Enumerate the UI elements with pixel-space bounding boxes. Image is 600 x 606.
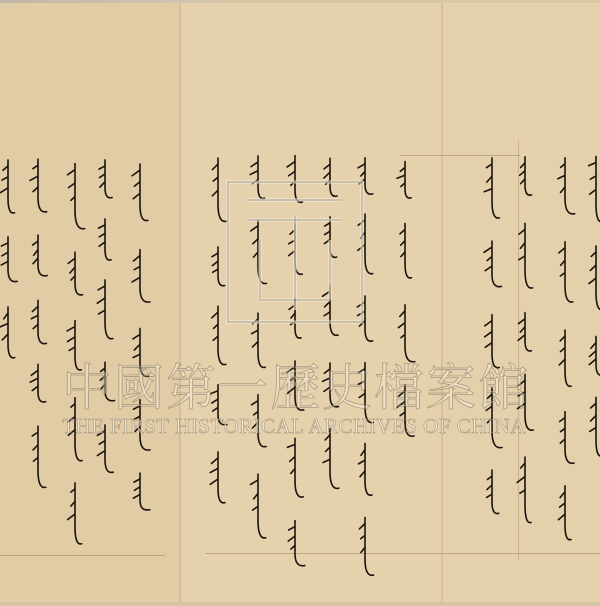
manchu-word: [212, 247, 225, 286]
manchu-word: [99, 219, 111, 260]
manchu-word: [68, 252, 82, 295]
manchu-word: [558, 158, 575, 214]
manchu-word: [400, 223, 411, 278]
manchu-word: [1, 237, 17, 282]
manchu-word: [212, 158, 226, 221]
manchu-word: [210, 452, 225, 503]
manchu-word: [357, 296, 372, 341]
manchu-word: [589, 156, 600, 221]
manchu-word: [559, 330, 571, 386]
manchu-word: [289, 224, 303, 275]
manchu-word: [287, 438, 303, 497]
manchu-word: [33, 235, 47, 276]
manchu-word: [324, 158, 337, 196]
manchu-word: [32, 426, 46, 487]
manchu-word: [0, 160, 14, 213]
manchu-word: [251, 220, 267, 284]
manchu-word: [397, 162, 411, 199]
manchu-word: [560, 412, 574, 464]
manchu-word: [30, 364, 45, 402]
manchu-word: [519, 223, 533, 288]
watermark-chinese: 中國第一歷史檔案館: [62, 348, 542, 420]
manchu-word: [358, 214, 373, 274]
manchu-word: [251, 474, 266, 538]
manchu-word: [590, 397, 600, 456]
watermark-english: THE FIRST HISTORICAL ARCHIVES OF CHINA: [62, 414, 542, 439]
manchu-word: [559, 242, 573, 302]
manchu-script-text: [0, 0, 600, 606]
manchu-word: [520, 157, 532, 195]
manchu-word: [288, 521, 305, 566]
manchu-word: [589, 336, 600, 375]
manchu-word: [289, 299, 301, 338]
manchu-word: [30, 159, 47, 212]
manchu-word: [0, 307, 15, 358]
manchu-word: [324, 217, 336, 258]
manchu-word: [558, 486, 571, 540]
manchu-word: [517, 457, 531, 523]
manchu-word: [484, 158, 499, 218]
manchu-word: [132, 164, 148, 221]
manchu-word: [358, 158, 373, 194]
manchu-word: [518, 313, 531, 351]
manchu-word: [322, 285, 338, 335]
manchu-word: [132, 250, 150, 303]
manchu-word: [68, 483, 82, 544]
manchu-word: [31, 300, 46, 343]
manchu-word: [589, 246, 600, 310]
manchu-word: [487, 470, 499, 514]
manchu-word: [68, 164, 85, 229]
manchu-word: [484, 241, 501, 287]
manchu-word: [287, 156, 302, 203]
manchu-word: [359, 517, 373, 575]
manchu-word: [359, 443, 372, 495]
manchu-word: [250, 156, 264, 199]
manchu-word: [133, 473, 149, 510]
manchu-word: [99, 160, 112, 198]
manchu-word: [97, 280, 113, 339]
document-page: 中國第一歷史檔案館 THE FIRST HISTORICAL ARCHIVES …: [0, 0, 600, 606]
